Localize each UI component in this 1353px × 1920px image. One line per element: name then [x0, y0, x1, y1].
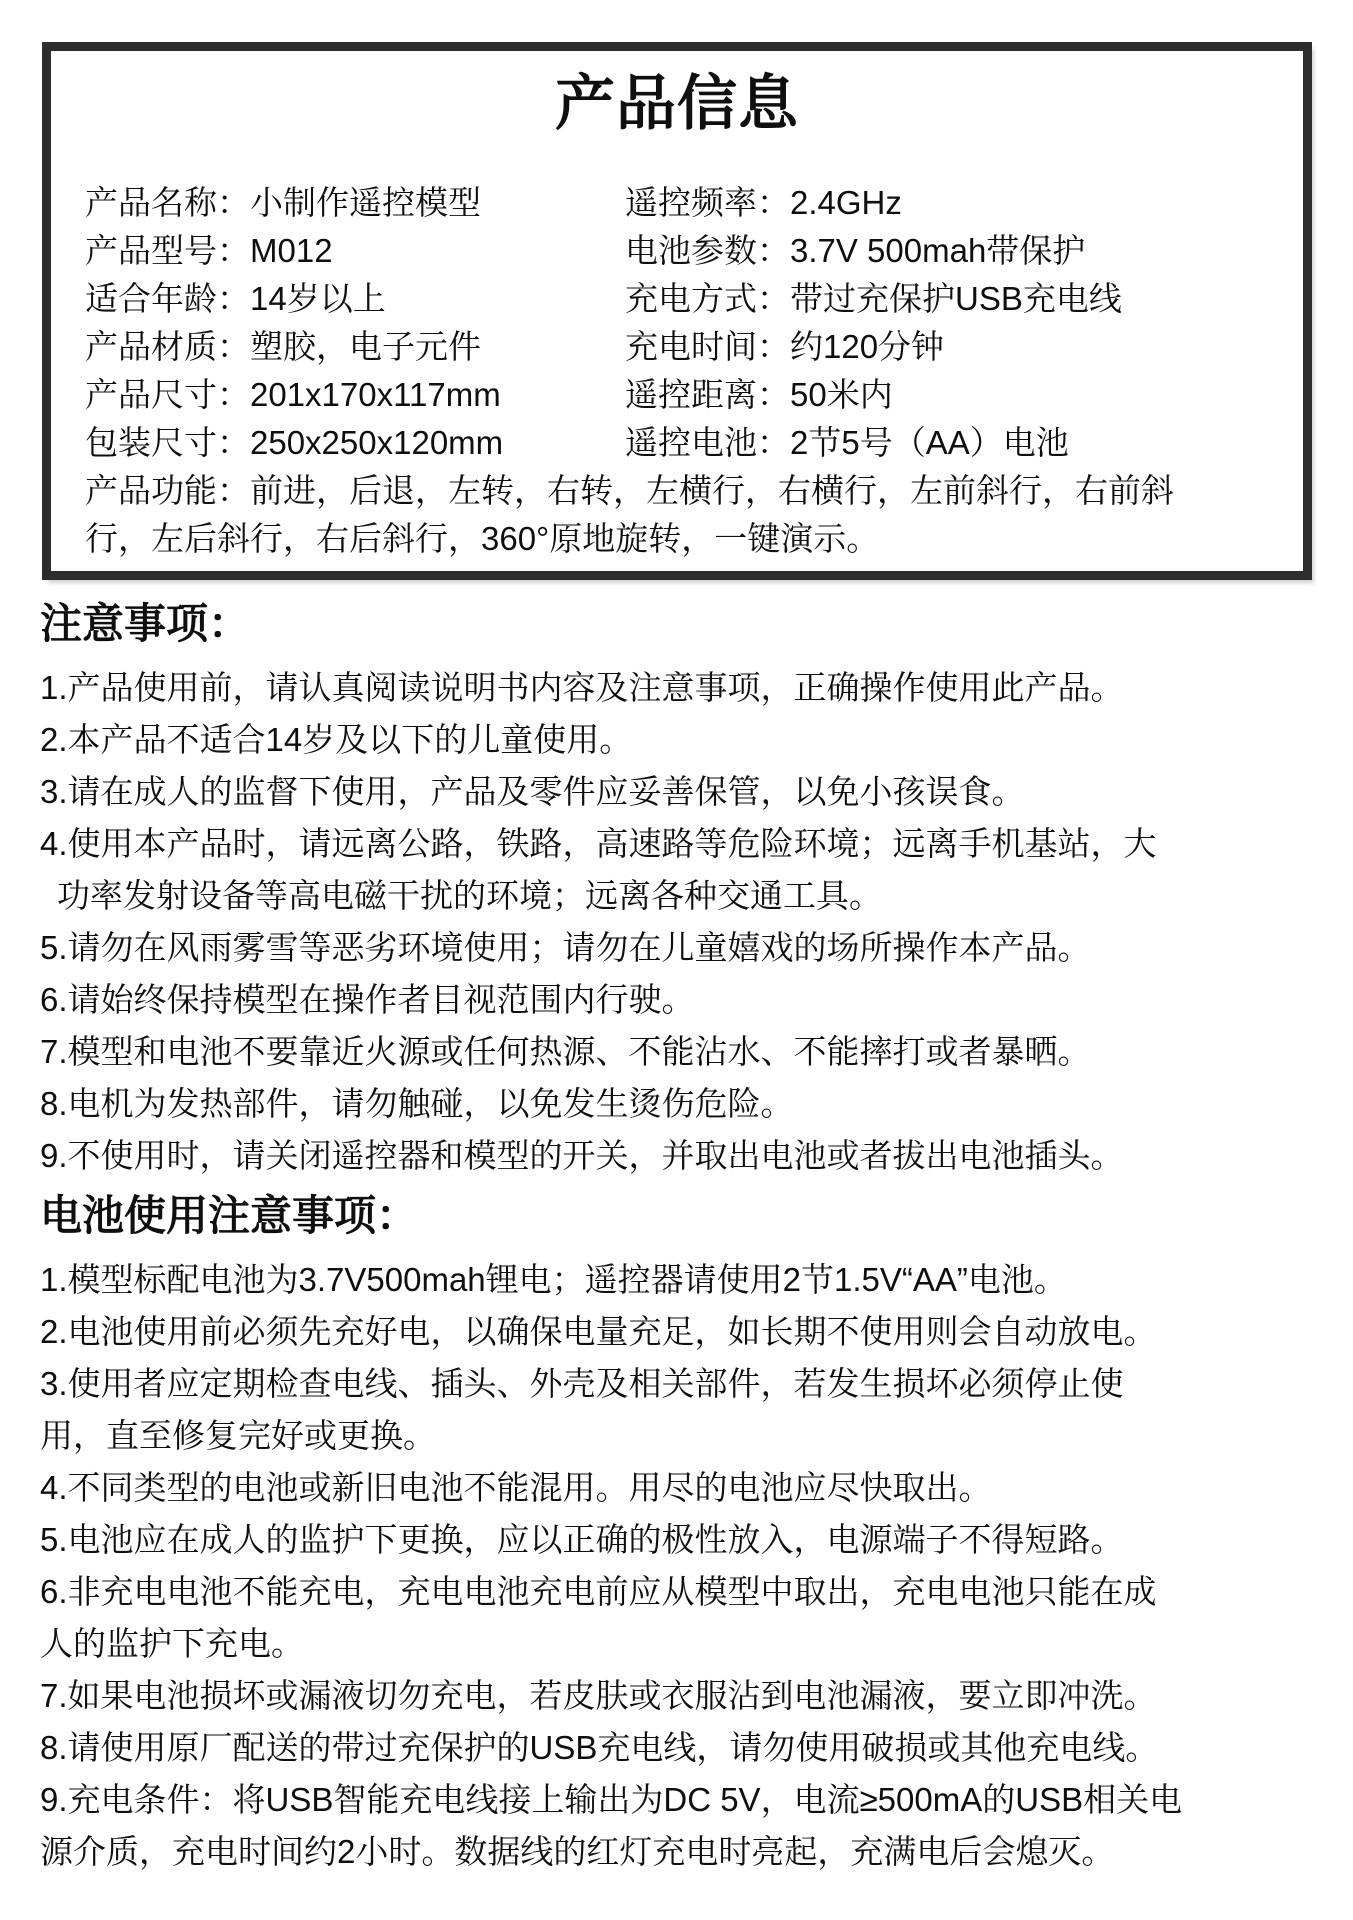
spec-cell-left: 包装尺寸：250x250x120mm: [85, 419, 625, 467]
spec-cell-right: 电池参数：3.7V 500mah带保护: [625, 227, 1303, 275]
note-line: 9.充电条件：将USB智能充电线接上输出为DC 5V，电流≥500mA的USB相…: [40, 1774, 1325, 1826]
spec-row: 产品材质：塑胶，电子元件充电时间：约120分钟: [85, 323, 1303, 371]
note-line: 8.请使用原厂配送的带过充保护的USB充电线，请勿使用破损或其他充电线。: [40, 1722, 1325, 1774]
note-line: 功率发射设备等高电磁干扰的环境；远离各种交通工具。: [40, 870, 1325, 922]
note-line: 7.如果电池损坏或漏液切勿充电，若皮肤或衣服沾到电池漏液，要立即冲洗。: [40, 1670, 1325, 1722]
spec-label: 产品名称：: [85, 184, 250, 221]
note-line: 7.模型和电池不要靠近火源或任何热源、不能沾水、不能摔打或者暴晒。: [40, 1026, 1325, 1078]
product-info-box: 产品信息 产品名称：小制作遥控模型遥控频率：2.4GHz产品型号：M012电池参…: [42, 42, 1312, 580]
note-line: 5.请勿在风雨雾雪等恶劣环境使用；请勿在儿童嬉戏的场所操作本产品。: [40, 922, 1325, 974]
spec-label: 遥控距离：: [625, 376, 790, 413]
spec-label: 充电方式：: [625, 280, 790, 317]
note-line: 4.不同类型的电池或新旧电池不能混用。用尽的电池应尽快取出。: [40, 1462, 1325, 1514]
spec-label: 遥控电池：: [625, 424, 790, 461]
spec-cell-right: 充电时间：约120分钟: [625, 323, 1303, 371]
spec-value: 50米内: [790, 376, 893, 413]
spec-value: 201x170x117mm: [250, 376, 501, 413]
spec-label: 遥控频率：: [625, 184, 790, 221]
product-info-title: 产品信息: [51, 69, 1303, 139]
note-line: 人的监护下充电。: [40, 1618, 1325, 1670]
spec-cell-right: 遥控频率：2.4GHz: [625, 179, 1303, 227]
feature-line: 产品功能：前进，后退，左转，右转，左横行，右横行，左前斜行，右前斜: [85, 467, 1303, 515]
spec-row: 包装尺寸：250x250x120mm遥控电池：2节5号（AA）电池: [85, 419, 1303, 467]
spec-label: 产品材质：: [85, 328, 250, 365]
note-line: 6.非充电电池不能充电，充电电池充电前应从模型中取出，充电电池只能在成: [40, 1566, 1325, 1618]
spec-value: 14岁以上: [250, 280, 386, 317]
spec-row: 适合年龄：14岁以上充电方式：带过充保护USB充电线: [85, 275, 1303, 323]
spec-table: 产品名称：小制作遥控模型遥控频率：2.4GHz产品型号：M012电池参数：3.7…: [85, 179, 1303, 467]
spec-label: 包装尺寸：: [85, 424, 250, 461]
spec-cell-left: 产品尺寸：201x170x117mm: [85, 371, 625, 419]
spec-label: 适合年龄：: [85, 280, 250, 317]
spec-cell-right: 遥控距离：50米内: [625, 371, 1303, 419]
note-line: 2.本产品不适合14岁及以下的儿童使用。: [40, 714, 1325, 766]
note-line: 用，直至修复完好或更换。: [40, 1410, 1325, 1462]
spec-value: 塑胶，电子元件: [250, 328, 481, 365]
spec-value: 3.7V 500mah带保护: [790, 232, 1085, 269]
spec-row: 产品名称：小制作遥控模型遥控频率：2.4GHz: [85, 179, 1303, 227]
note-line: 1.模型标配电池为3.7V500mah锂电；遥控器请使用2节1.5V“AA”电池…: [40, 1254, 1325, 1306]
manual-page: { "info_box": { "title": "产品信息", "specs"…: [0, 0, 1353, 1920]
spec-value: 250x250x120mm: [250, 424, 503, 461]
spec-cell-right: 遥控电池：2节5号（AA）电池: [625, 419, 1303, 467]
spec-label: 产品型号：: [85, 232, 250, 269]
note-line: 8.电机为发热部件，请勿触碰，以免发生烫伤危险。: [40, 1078, 1325, 1130]
spec-cell-left: 产品名称：小制作遥控模型: [85, 179, 625, 227]
spec-row: 产品型号：M012电池参数：3.7V 500mah带保护: [85, 227, 1303, 275]
spec-cell-left: 适合年龄：14岁以上: [85, 275, 625, 323]
note-line: 6.请始终保持模型在操作者目视范围内行驶。: [40, 974, 1325, 1026]
section-heading: 注意事项：: [40, 600, 1325, 648]
feature-line: 行，左后斜行，右后斜行，360°原地旋转，一键演示。: [85, 515, 1303, 563]
section-heading: 电池使用注意事项：: [40, 1192, 1325, 1240]
spec-label: 电池参数：: [625, 232, 790, 269]
note-line: 2.电池使用前必须先充好电，以确保电量充足，如长期不使用则会自动放电。: [40, 1306, 1325, 1358]
notes-sections: 注意事项：1.产品使用前，请认真阅读说明书内容及注意事项，正确操作使用此产品。2…: [40, 600, 1325, 1878]
spec-label: 充电时间：: [625, 328, 790, 365]
spec-value: 约120分钟: [790, 328, 944, 365]
spec-row: 产品尺寸：201x170x117mm遥控距离：50米内: [85, 371, 1303, 419]
spec-value: 2节5号（AA）电池: [790, 424, 1069, 461]
note-line: 1.产品使用前，请认真阅读说明书内容及注意事项，正确操作使用此产品。: [40, 662, 1325, 714]
note-line: 5.电池应在成人的监护下更换，应以正确的极性放入，电源端子不得短路。: [40, 1514, 1325, 1566]
note-line: 4.使用本产品时，请远离公路，铁路，高速路等危险环境；远离手机基站，大: [40, 818, 1325, 870]
spec-cell-left: 产品材质：塑胶，电子元件: [85, 323, 625, 371]
spec-label: 产品尺寸：: [85, 376, 250, 413]
note-line: 源介质，充电时间约2小时。数据线的红灯充电时亮起，充满电后会熄灭。: [40, 1826, 1325, 1878]
spec-value: M012: [250, 232, 333, 269]
note-line: 9.不使用时，请关闭遥控器和模型的开关，并取出电池或者拔出电池插头。: [40, 1130, 1325, 1182]
spec-value: 2.4GHz: [790, 184, 902, 221]
spec-cell-right: 充电方式：带过充保护USB充电线: [625, 275, 1303, 323]
spec-value: 小制作遥控模型: [250, 184, 481, 221]
note-line: 3.请在成人的监督下使用，产品及零件应妥善保管，以免小孩误食。: [40, 766, 1325, 818]
spec-value: 带过充保护USB充电线: [790, 280, 1122, 317]
product-features: 产品功能：前进，后退，左转，右转，左横行，右横行，左前斜行，右前斜行，左后斜行，…: [85, 467, 1303, 563]
note-line: 3.使用者应定期检查电线、插头、外壳及相关部件，若发生损坏必须停止使: [40, 1358, 1325, 1410]
spec-cell-left: 产品型号：M012: [85, 227, 625, 275]
